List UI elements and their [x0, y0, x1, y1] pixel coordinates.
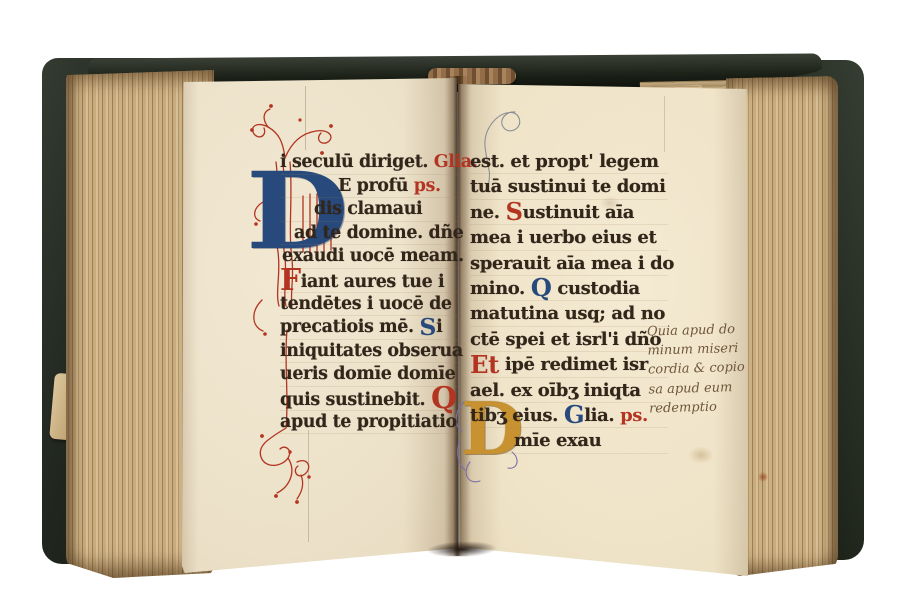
- margin-annotation: Quia apud dominum misericordia & copiosa…: [647, 319, 760, 418]
- manuscript-line: Fiant aures tue i: [280, 269, 458, 293]
- text-segment: ustinuit aīa: [523, 202, 634, 223]
- versal-initial: G: [564, 405, 584, 424]
- manuscript-line: ael. ex oībʒ iniqta: [470, 378, 668, 403]
- manuscript-line: iniquitates obserua: [280, 340, 458, 364]
- manuscript-line: sperauit aīa mea i do: [470, 251, 668, 276]
- text-segment: ipē redimet isr: [499, 354, 648, 375]
- text-segment: tuā sustinui te domi: [470, 176, 666, 197]
- text-segment: mea i uerbo eius et: [470, 227, 656, 248]
- manuscript-line: i seculū diriget. Glia.: [280, 151, 458, 175]
- manuscript-line: exaudi uocē meam.: [280, 245, 458, 269]
- text-segment: ctē spei et isrl'i dño: [470, 329, 661, 350]
- text-segment: sperauit aīa mea i do: [470, 253, 674, 274]
- versal-initial: F: [280, 269, 301, 293]
- text-segment: ps.: [414, 176, 441, 196]
- manuscript-line: E profū ps.: [280, 175, 458, 199]
- versal-initial: S: [505, 202, 522, 221]
- manuscript-line: ne. Sustinuit aīa: [470, 200, 668, 225]
- text-segment: precatiois mē.: [280, 317, 419, 337]
- text-segment: ne.: [470, 202, 505, 223]
- left-page-text: i seculū diriget. Glia.E profū ps.dis cl…: [280, 151, 458, 434]
- manuscript-line: mīe exau: [470, 428, 668, 453]
- text-segment: dis clamaui: [314, 199, 422, 219]
- manuscript-line: tibʒ eius. Glia. ps.: [470, 403, 668, 428]
- text-segment: custodia: [552, 278, 640, 299]
- margin-note-line: redemptio: [649, 396, 759, 418]
- text-segment: ad te domine. dñe: [294, 223, 463, 243]
- manuscript-line: tuā sustinui te domi: [470, 174, 668, 199]
- manuscript-line: est. et propt' legem: [470, 149, 668, 174]
- manuscript-line: precatiois mē. Si: [280, 316, 458, 340]
- text-segment: ps.: [620, 405, 648, 426]
- text-segment: i seculū diriget.: [280, 152, 434, 172]
- text-segment: tendētes i uocē de: [280, 294, 452, 314]
- text-segment: apud te propitiatio: [280, 412, 457, 432]
- text-segment: ueris domīe domīe: [280, 364, 455, 384]
- manuscript-line: apud te propitiatio: [280, 411, 458, 435]
- manuscript-line: ad te domine. dñe: [280, 222, 458, 246]
- text-segment: iant aures tue i: [301, 272, 445, 292]
- text-segment: mino.: [470, 278, 531, 299]
- manuscript-line: Et ipē redimet isr: [470, 352, 668, 377]
- page-stain: [758, 472, 768, 482]
- versal-initial: S: [419, 318, 436, 337]
- manuscript-line: mea i uerbo eius et: [470, 225, 668, 250]
- versal-initial: Q: [431, 387, 457, 411]
- text-segment: mīe exau: [514, 430, 601, 451]
- ruling-line: [308, 430, 309, 542]
- text-segment: ael. ex oībʒ iniqta: [470, 380, 641, 401]
- manuscript-line: dis clamaui: [280, 198, 458, 222]
- margin-note-line: cordia & copio: [648, 358, 758, 380]
- ruling-line: [305, 86, 306, 150]
- text-segment: lia.: [584, 405, 620, 426]
- text-segment: quis sustinebit.: [280, 390, 431, 410]
- text-segment: est. et propt' legem: [470, 151, 659, 172]
- versal-initial: Et: [470, 355, 499, 374]
- photo-open-manuscript-book: D D i seculū diriget. Glia.E profū ps.di…: [0, 0, 900, 608]
- text-segment: i: [436, 317, 442, 337]
- manuscript-line: ctē spei et isrl'i dño: [470, 327, 668, 352]
- text-segment: E profū: [338, 176, 414, 196]
- manuscript-line: matutina usq; ad no: [470, 301, 668, 326]
- versal-initial: Q: [531, 278, 552, 297]
- text-segment: iniquitates obserua: [280, 341, 463, 361]
- right-page-text: est. et propt' legemtuā sustinui te domi…: [470, 149, 668, 454]
- page-stain: [688, 446, 714, 464]
- gutter-bottom-shadow: [412, 538, 513, 563]
- ruling-line: [664, 96, 665, 152]
- text-segment: tibʒ eius.: [470, 405, 564, 426]
- text-segment: exaudi uocē meam.: [282, 246, 464, 266]
- text-segment: matutina usq; ad no: [470, 303, 665, 324]
- manuscript-line: mino. Q custodia: [470, 276, 668, 301]
- manuscript-line: quis sustinebit. Q: [280, 387, 458, 411]
